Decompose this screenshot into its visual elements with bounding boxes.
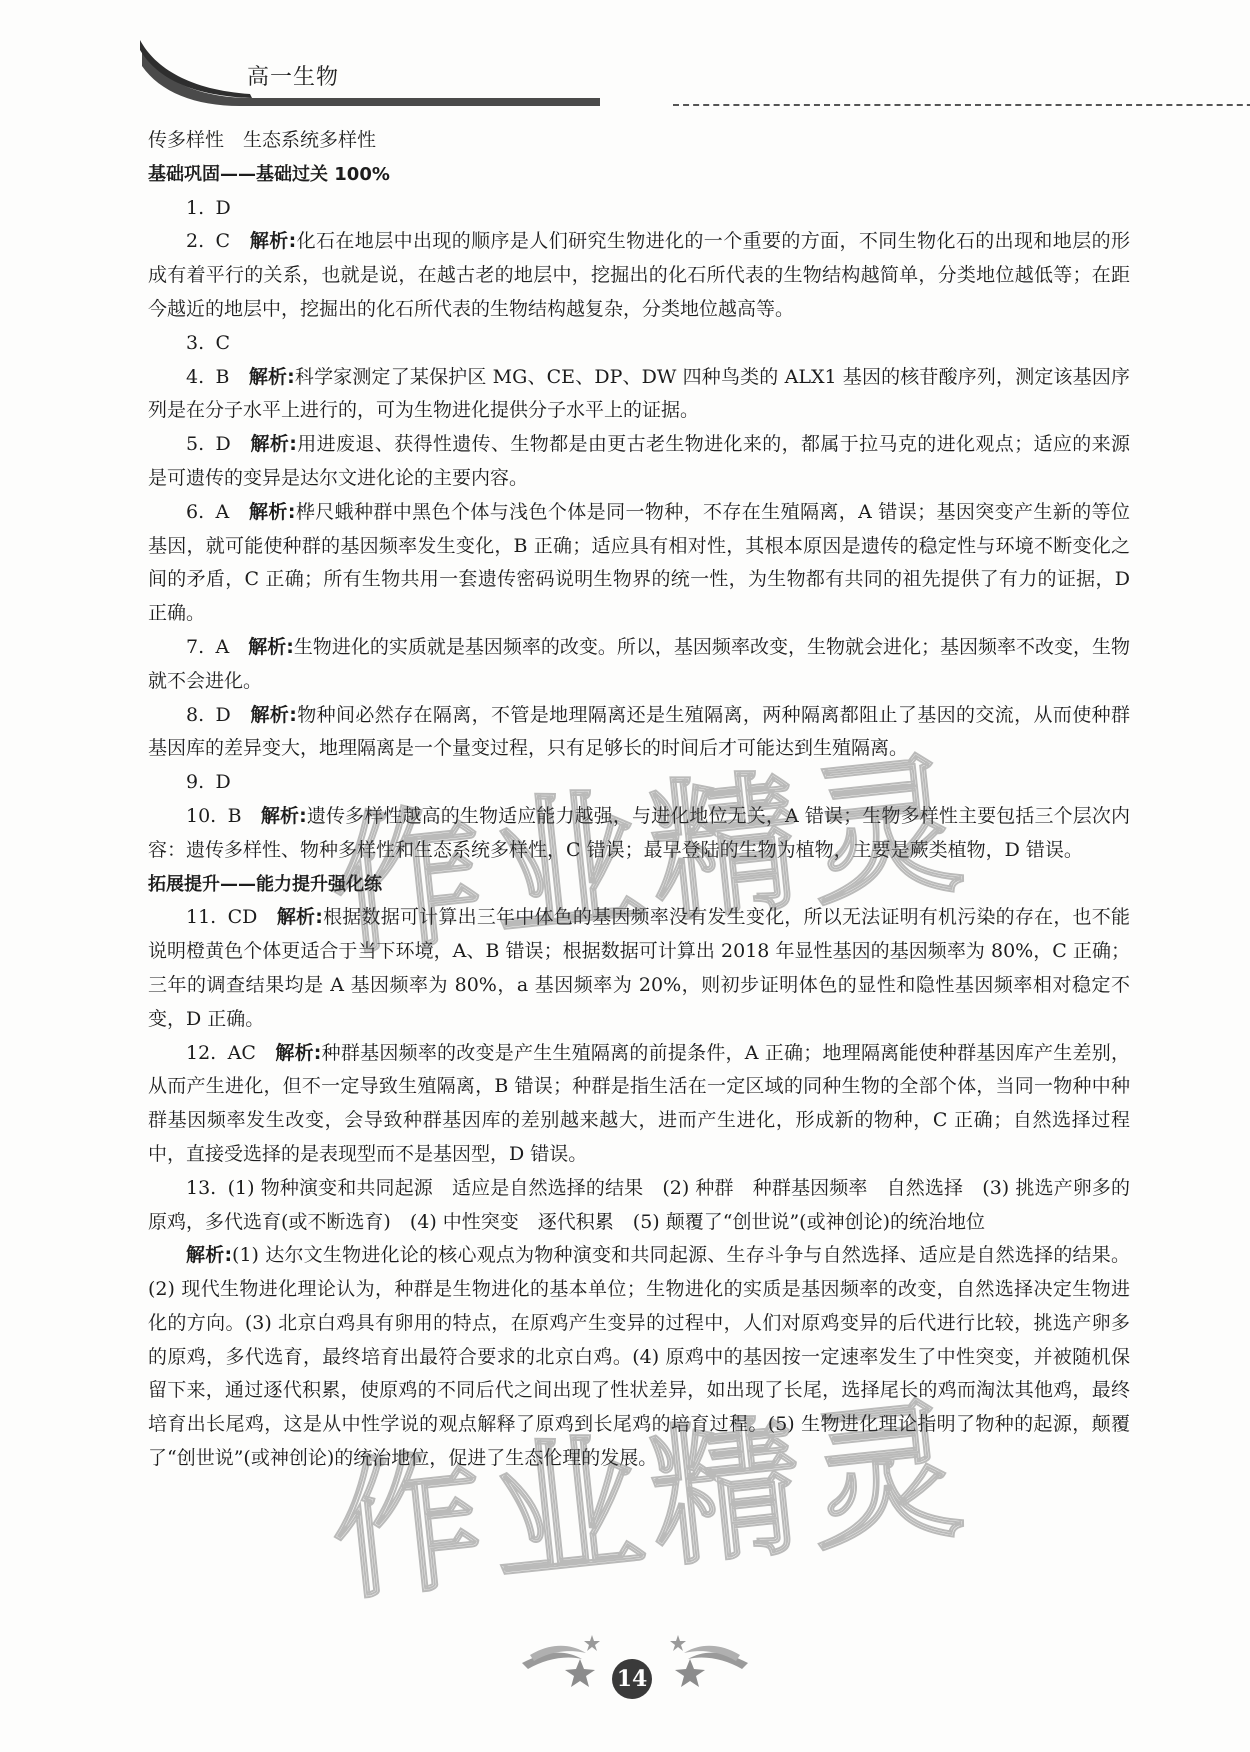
answer-item-12: 12.AC 解析:种群基因频率的改变是产生生殖隔离的前提条件，A 正确；地理隔离… — [148, 1037, 1130, 1172]
item-answer: D — [216, 433, 231, 455]
jiexi-label: 解析: — [251, 704, 297, 726]
answer-item-6: 6.A 解析:桦尺蛾种群中黑色个体与浅色个体是同一物种，不存在生殖隔离，A 错误… — [148, 496, 1130, 631]
lead-line: 传多样性 生态系统多样性 — [148, 124, 1130, 158]
answer-item-13: 13.(1) 物种演变和共同起源 适应是自然选择的结果 (2) 种群 种群基因频… — [148, 1172, 1130, 1240]
item-number: 3. — [186, 332, 204, 354]
item-explanation: (1) 达尔文生物进化论的核心观点为物种演变和共同起源、生存斗争与自然选择、适应… — [148, 1244, 1130, 1469]
item-number: 2. — [186, 230, 204, 252]
item-explanation: 生物进化的实质就是基因频率的改变。所以，基因频率改变，生物就会进化；基因频率不改… — [148, 636, 1130, 692]
star-ornament-right-icon — [660, 1625, 750, 1695]
item-explanation: 科学家测定了某保护区 MG、CE、DP、DW 四种鸟类的 ALX1 基因的核苷酸… — [148, 366, 1130, 422]
jiexi-label: 解析: — [250, 230, 296, 252]
item-answer: A — [216, 501, 230, 523]
section-title-advanced: 拓展提升——能力提升强化练 — [148, 868, 1130, 902]
item-answer: CD — [228, 906, 258, 928]
star-ornament-left-icon — [520, 1625, 610, 1695]
item-answer: AC — [228, 1042, 256, 1064]
item-answer: D — [216, 771, 231, 793]
jiexi-label: 解析: — [248, 636, 294, 658]
item-number: 10. — [186, 805, 216, 827]
answer-item-7: 7.A 解析:生物进化的实质就是基因频率的改变。所以，基因频率改变，生物就会进化… — [148, 631, 1130, 699]
answer-content: 传多样性 生态系统多样性 基础巩固——基础过关 100% 1.D 2.C 解析:… — [148, 124, 1130, 1476]
page-title: 高一生物 — [247, 60, 339, 91]
item-number: 6. — [186, 501, 204, 523]
item-number: 12. — [186, 1042, 216, 1064]
header-swoosh-decoration — [140, 40, 680, 110]
jiexi-label: 解析: — [251, 433, 297, 455]
item-answer: B — [216, 366, 230, 388]
item-number: 1. — [186, 197, 204, 219]
item-answer: A — [216, 636, 230, 658]
answer-item-8: 8.D 解析:物种间必然存在隔离，不管是地理隔离还是生殖隔离，两种隔离都阻止了基… — [148, 699, 1130, 767]
answer-item-5: 5.D 解析:用进废退、获得性遗传、生物都是由更古老生物进化来的，都属于拉马克的… — [148, 428, 1130, 496]
item-explanation: 化石在地层中出现的顺序是人们研究生物进化的一个重要的方面，不同生物化石的出现和地… — [148, 230, 1130, 320]
jiexi-label: 解析: — [277, 906, 323, 928]
item-answer: C — [216, 230, 231, 252]
item-answer: C — [216, 332, 231, 354]
item-number: 5. — [186, 433, 204, 455]
jiexi-label: 解析: — [249, 366, 295, 388]
item-number: 9. — [186, 771, 204, 793]
item-number: 8. — [186, 704, 204, 726]
jiexi-label: 解析: — [249, 501, 295, 523]
section-title-basic: 基础巩固——基础过关 100% — [148, 158, 1130, 192]
answer-item-1: 1.D — [148, 192, 1130, 226]
item-answer: B — [228, 805, 242, 827]
answer-item-9: 9.D — [148, 766, 1130, 800]
item-answer: D — [216, 704, 231, 726]
item-answer: D — [216, 197, 231, 219]
jiexi-label: 解析: — [275, 1042, 321, 1064]
page-number: 14 — [612, 1659, 652, 1699]
answer-item-11: 11.CD 解析:根据数据可计算出三年中体色的基因频率没有发生变化，所以无法证明… — [148, 901, 1130, 1036]
header-dashed-rule — [673, 104, 1250, 106]
answer-item-2: 2.C 解析:化石在地层中出现的顺序是人们研究生物进化的一个重要的方面，不同生物… — [148, 225, 1130, 326]
answer-item-4: 4.B 解析:科学家测定了某保护区 MG、CE、DP、DW 四种鸟类的 ALX1… — [148, 361, 1130, 429]
item-number: 13. — [186, 1177, 216, 1199]
answer-item-10: 10.B 解析:遗传多样性越高的生物适应能力越强，与进化地位无关，A 错误；生物… — [148, 800, 1130, 868]
item-number: 11. — [186, 906, 216, 928]
answer-item-3: 3.C — [148, 327, 1130, 361]
page-footer: 14 — [520, 1615, 740, 1685]
jiexi-label: 解析: — [261, 805, 307, 827]
answer-item-13-explanation: 解析:(1) 达尔文生物进化论的核心观点为物种演变和共同起源、生存斗争与自然选择… — [148, 1239, 1130, 1476]
jiexi-label: 解析: — [186, 1244, 232, 1266]
item-number: 7. — [186, 636, 204, 658]
item-answer: (1) 物种演变和共同起源 适应是自然选择的结果 (2) 种群 种群基因频率 自… — [148, 1177, 1130, 1233]
item-explanation: 桦尺蛾种群中黑色个体与浅色个体是同一物种，不存在生殖隔离，A 错误；基因突变产生… — [148, 501, 1130, 624]
item-number: 4. — [186, 366, 204, 388]
page-header: 高一生物 — [140, 40, 1140, 110]
